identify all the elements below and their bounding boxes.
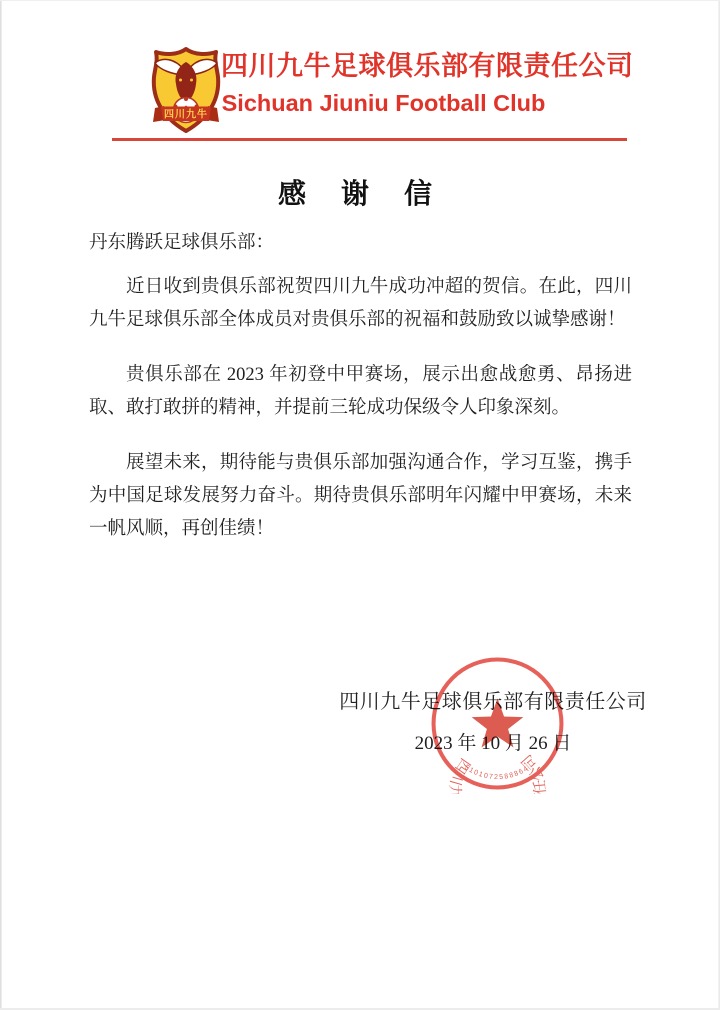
scan-edge-left: [0, 0, 2, 1010]
club-crest-icon: 四川九牛: [147, 46, 225, 134]
bull-eye-right: [190, 79, 193, 82]
seal-ring-text: 四川九牛足球俱乐部有限责任公司: [446, 751, 549, 794]
letter-body: 丹东腾跃足球俱乐部： 近日收到贵俱乐部祝贺四川九牛成功冲超的贺信。在此，四川九牛…: [89, 227, 632, 546]
salutation: 丹东腾跃足球俱乐部：: [89, 227, 632, 260]
closing-block: 四川九牛足球俱乐部有限责任公司 2023 年 10 月 26 日: [338, 691, 648, 755]
football-patch: [184, 97, 188, 101]
paragraph-1: 近日收到贵俱乐部祝贺四川九牛成功冲超的贺信。在此，四川九牛足球俱乐部全体成员对贵…: [89, 271, 632, 337]
letterhead-divider: [112, 138, 627, 141]
seal-code: 5101072588864: [463, 764, 530, 781]
scan-edge-top: [0, 0, 720, 1]
signature-date: 2023 年 10 月 26 日: [338, 733, 648, 755]
bull-eye-left: [179, 79, 182, 82]
signature-company: 四川九牛足球俱乐部有限责任公司: [338, 691, 648, 713]
paragraph-3: 展望未来，期待能与贵俱乐部加强沟通合作，学习互鉴，携手为中国足球发展努力奋斗。期…: [89, 447, 632, 546]
letter-title: 感 谢 信: [0, 172, 720, 212]
letter-page: 四川九牛 四川九牛足球俱乐部有限责任公司 Sichuan Jiuniu Foot…: [0, 0, 720, 1010]
paragraph-2: 贵俱乐部在 2023 年初登中甲赛场，展示出愈战愈勇、昂扬进取、敢打敢拼的精神，…: [89, 359, 632, 425]
company-name-cn: 四川九牛足球俱乐部有限责任公司: [221, 50, 546, 83]
letterhead: 四川九牛足球俱乐部有限责任公司 Sichuan Jiuniu Football …: [221, 50, 546, 117]
ribbon-text: 四川九牛: [164, 108, 208, 121]
company-name-en: Sichuan Jiuniu Football Club: [221, 89, 546, 117]
